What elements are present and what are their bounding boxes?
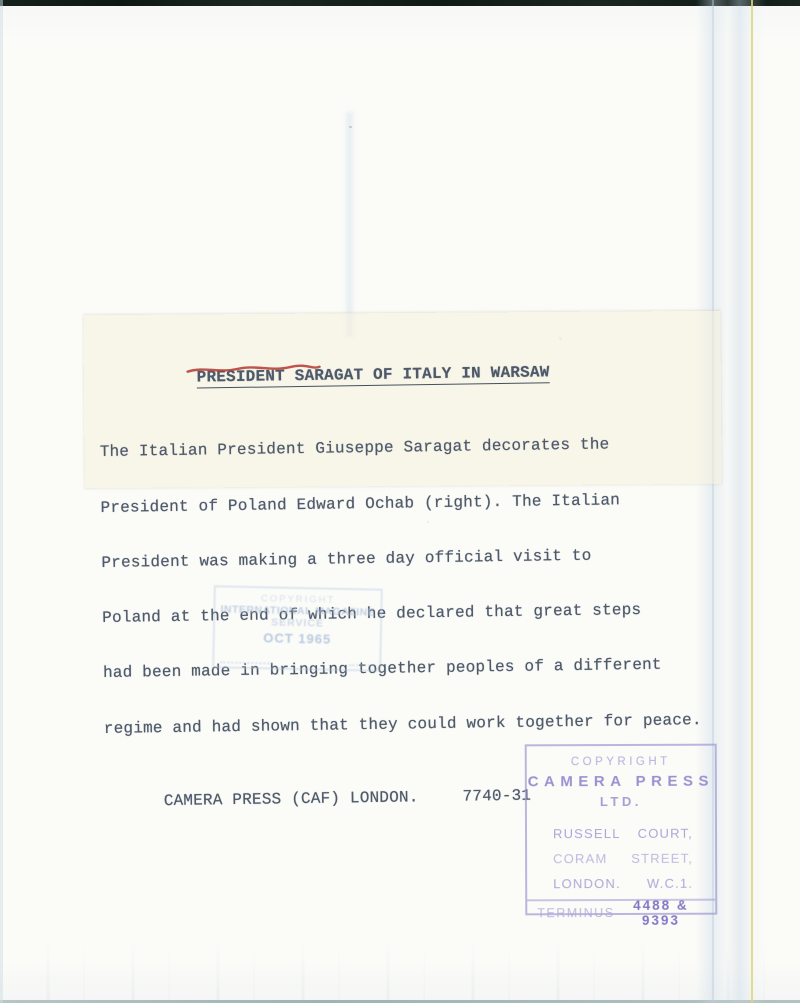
stamp-phone-row: TERMINUS 4488 & 9393 [527, 899, 715, 923]
caption-line: President was making a three day officia… [101, 545, 681, 572]
scan-top-dark-strip [0, 0, 800, 6]
caption-title: PRESIDENT SARAGAT OF ITALY IN WARSAW [197, 363, 550, 388]
scan-yellow-vertical-line [751, 0, 753, 1003]
stamp-phone-exchange: TERMINUS [537, 906, 614, 920]
scan-middle-streak [346, 112, 353, 337]
stamp-address-right: W.C.1. [647, 871, 693, 896]
stamp-address-row: RUSSELL COURT, [527, 821, 715, 847]
stamp-company-name: CAMERA PRESS [527, 773, 715, 791]
mag-stamp-illegible-footer [220, 661, 373, 666]
photo-number: 7740-31 [462, 787, 531, 806]
caption-line: President of Poland Edward Ochab (right)… [100, 490, 680, 517]
mag-stamp-date: OCT 1965 [215, 629, 380, 647]
credit-line: CAMERA PRESS (CAF) LONDON. [164, 788, 419, 810]
caption-line: The Italian President Giuseppe Saragat d… [100, 435, 680, 462]
stamp-address-right: STREET, [631, 846, 693, 871]
stamp-address-left: CORAM [553, 846, 607, 871]
magazine-service-date-stamp: COPYRIGHT INTERNATIONAL MAGAZINE SERVICE… [212, 585, 383, 672]
paper-speck [349, 126, 352, 128]
caption-line: Poland at the end of which he declared t… [102, 600, 682, 627]
stamp-copyright-label: COPYRIGHT [527, 756, 715, 769]
scan-left-edge [0, 0, 3, 1003]
caption-title-wrap: PRESIDENT SARAGAT OF ITALY IN WARSAW [137, 345, 550, 425]
stamp-address-right: COURT, [638, 821, 693, 846]
stamp-address-left: RUSSELL [553, 821, 621, 846]
caption-line: regime and had shown that they could wor… [104, 711, 684, 738]
stamp-address-row: LONDON. W.C.1. [527, 871, 715, 897]
stamp-address-row: CORAM STREET, [527, 846, 715, 872]
stamp-address-block: RUSSELL COURT, CORAM STREET, LONDON. W.C… [527, 821, 715, 897]
photo-back-scan: PRESIDENT SARAGAT OF ITALY IN WARSAW The… [0, 0, 800, 1003]
stamp-address-left: LONDON. [553, 871, 621, 896]
stamp-company-suffix: LTD. [527, 794, 715, 810]
caption-line: had been made in bringing together peopl… [103, 656, 683, 683]
copyright-stamp: COPYRIGHT CAMERA PRESS LTD. RUSSELL COUR… [525, 744, 718, 916]
stamp-phone-number: 4488 & 9393 [615, 897, 708, 927]
scan-bottom-streaks [0, 942, 800, 1000]
